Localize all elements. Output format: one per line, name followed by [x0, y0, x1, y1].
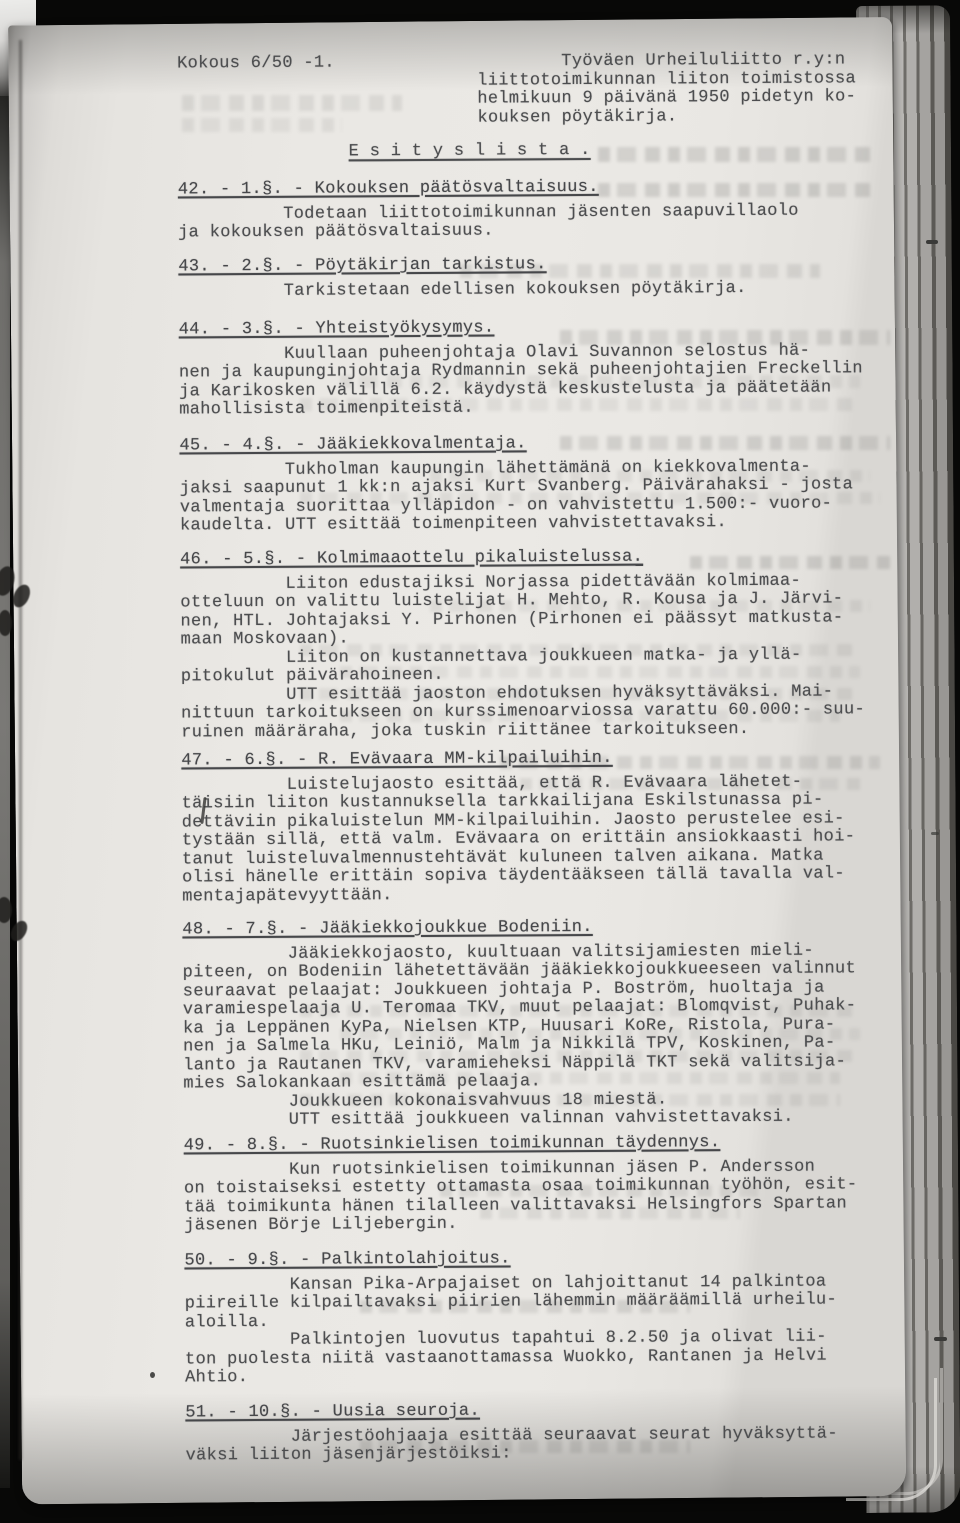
section-44: 44. - 3.§. - Yhteistyökysymys. Kuullaan …	[179, 317, 904, 420]
section-46: 46. - 5.§. - Kolmimaaottelu pikaluistelu…	[180, 547, 905, 742]
section-body: Luistelujaosto esittää, että R. Evävaara…	[181, 773, 906, 907]
section-heading: 43. - 2.§. - Pöytäkirjan tarkistus.	[178, 254, 902, 277]
section-50: 50. - 9.§. - Palkintolahjoitus. Kansan P…	[184, 1248, 909, 1388]
section-49: 49. - 8.§. - Ruotsinkielisen toimikunnan…	[184, 1133, 909, 1236]
section-body: Kun ruotsinkielisen toimikunnan jäsen P.…	[184, 1158, 908, 1236]
section-body: Tukholman kaupungin lähettämänä on kiekk…	[180, 458, 904, 536]
section-body: Liiton edustajiksi Norjassa pidettävään …	[180, 572, 905, 743]
section-45: 45. - 4.§. - Jääkiekkovalmentaja. Tukhol…	[179, 433, 904, 536]
section-body: Todetaan liittotoimikunnan jäsenten saap…	[178, 202, 902, 243]
ink-dot	[150, 1372, 155, 1378]
section-body: Järjestöohjaaja esittää seuraavat seurat…	[185, 1425, 909, 1466]
section-47: 47. - 6.§. - R. Evävaara MM-kilpailuihin…	[181, 748, 906, 906]
section-heading: 50. - 9.§. - Palkintolahjoitus.	[184, 1248, 908, 1271]
section-heading: 48. - 7.§. - Jääkiekkojoukkue Bodeniin.	[182, 917, 906, 940]
section-heading: 47. - 6.§. - R. Evävaara MM-kilpailuihin…	[181, 748, 905, 771]
section-48: 48. - 7.§. - Jääkiekkojoukkue Bodeniin. …	[182, 917, 907, 1131]
document-title-block: Työväen Urheiluliitto r.y:n liittotoimik…	[477, 51, 856, 127]
agenda-title: E s i t y s l i s t a .	[349, 142, 591, 162]
section-heading: 42. - 1.§. - Kokouksen päätösvaltaisuus.	[178, 177, 902, 200]
section-body: Kansan Pika-Arpajaiset on lahjoittanut 1…	[185, 1273, 910, 1388]
section-heading: 46. - 5.§. - Kolmimaaottelu pikaluistelu…	[180, 547, 904, 570]
section-body: Tarkistetaan edellisen kokouksen pöytäki…	[178, 279, 902, 302]
margin-mark	[926, 240, 938, 244]
scanned-page-content: Kokous 6/50 -1. Työväen Urheiluliitto r.…	[0, 0, 960, 1523]
margin-mark	[934, 1337, 947, 1341]
margin-mark	[931, 832, 939, 835]
section-body: Jääkiekkojaosto, kuultuaan valitsijamies…	[182, 942, 907, 1131]
section-heading: 45. - 4.§. - Jääkiekkovalmentaja.	[179, 433, 903, 456]
section-51: 51. - 10.§. - Uusia seuroja. Järjestöohj…	[185, 1400, 909, 1466]
section-42: 42. - 1.§. - Kokouksen päätösvaltaisuus.…	[178, 177, 902, 243]
section-body: Kuullaan puheenjohtaja Olavi Suvannon se…	[179, 342, 903, 420]
meeting-number: Kokous 6/50 -1.	[177, 55, 335, 74]
section-43: 43. - 2.§. - Pöytäkirjan tarkistus. Tark…	[178, 254, 902, 301]
section-heading: 51. - 10.§. - Uusia seuroja.	[185, 1400, 909, 1423]
section-heading: 49. - 8.§. - Ruotsinkielisen toimikunnan…	[184, 1133, 908, 1156]
section-heading: 44. - 3.§. - Yhteistyökysymys.	[179, 317, 903, 340]
